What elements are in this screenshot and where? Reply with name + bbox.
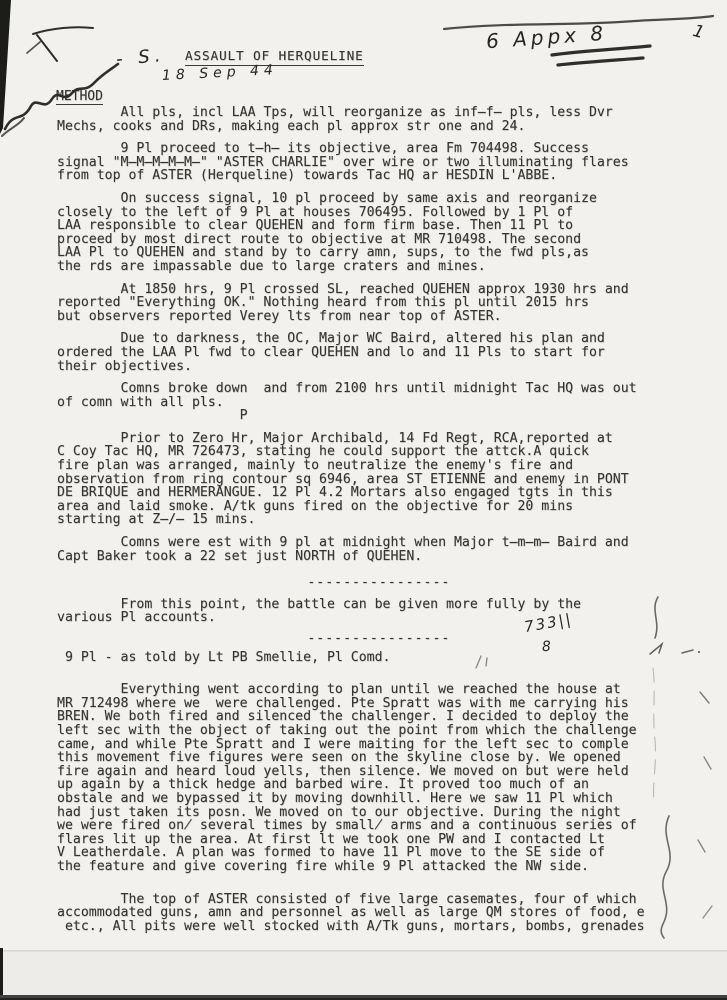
dashed-separator-1: ---------------- [57,576,682,590]
handwritten-corner-mark: - S. [115,45,166,70]
section-heading-method: METHOD [56,89,103,105]
paragraph-method-reorg: All pls, incl LAA Tps, will reorganize a… [57,106,682,133]
document-body: All pls, incl LAA Tps, will reorganize a… [57,106,682,942]
signature-tail [2,118,24,136]
dashed-separator-2: ---------------- [57,632,682,646]
scan-edge-top-left [0,0,11,134]
account-heading-9pl: 9 Pl - as told by Lt PB Smellie, Pl Comd… [57,651,682,665]
pencil-underline-2 [558,58,643,65]
paragraph-1850hrs: At 1850 hrs, 9 Pl crossed SL, reached QU… [57,283,682,324]
handwritten-date: 18 Sep 44 [162,62,279,84]
edge-slash-3 [698,840,705,852]
pencil-corner-bracket-h [33,27,93,34]
edge-slash-1 [700,692,709,703]
handwritten-page-number: 1 [690,21,706,43]
scan-lower-region [0,952,727,996]
paragraph-success-signal: On success signal, 10 pl proceed by same… [57,192,682,274]
paragraph-9pl-objective: 9 Pl proceed to t̶h̶ its objective, area… [57,142,682,183]
pencil-corner-bracket-d [37,35,57,61]
scan-edge-bottom [0,995,727,1000]
pencil-dash-right [682,650,693,653]
paragraph-comns-est: Comns were est with 9 pl at midnight whe… [57,536,682,563]
paragraph-aster-top: The top of ASTER consisted of five large… [57,893,682,934]
scanned-document-page: ASSAULT OF HERQUELINE METHOD - S. 6 Appx… [0,0,727,1000]
pencil-dot-right [698,651,700,653]
paragraph-fire-plan: Prior to Zero Hr, Major Archibald, 14 Fd… [57,432,682,527]
paragraph-comns-broke: Comns broke down and from 2100 hrs until… [57,382,682,423]
pencil-corner-tick [27,42,40,53]
paragraph-from-this-point: From this point, the battle can be given… [57,598,682,625]
paragraph-9pl-account: Everything went according to plan until … [57,683,682,873]
page-seam-line [0,950,727,952]
edge-slash-4 [703,906,712,918]
paragraph-darkness: Due to darkness, the OC, Major WC Baird,… [57,332,682,373]
scan-edge-bottom-left [0,948,3,1000]
edge-slash-2 [704,757,711,769]
handwritten-appendix-note: 6 Appx 8 [485,21,607,53]
